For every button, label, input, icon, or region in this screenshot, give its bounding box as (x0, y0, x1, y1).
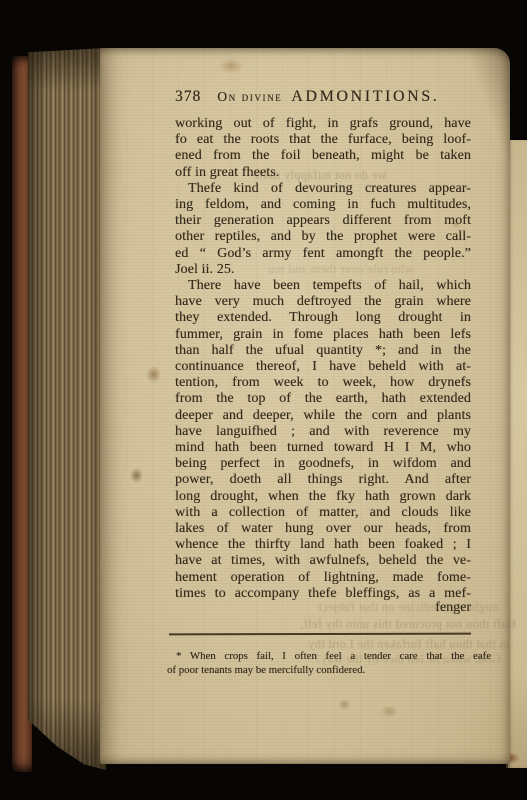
stain (218, 58, 244, 74)
text-line: have very much deftroyed the grain where (175, 294, 471, 310)
text-line: Thefe kind of devouring creatures appear… (175, 181, 471, 197)
show-through-line: Haft thou not procured this unto thy fel… (300, 617, 516, 632)
text-line: Joel ii. 25. (175, 262, 471, 278)
text-line: deeper and deeper, while the corn and pl… (175, 408, 471, 424)
text-line: working out of fight, in grafs ground, h… (175, 116, 471, 132)
text-line: with a collection of matter, and clouds … (175, 505, 471, 521)
text-line: continuance thereof, I have beheld with … (175, 359, 471, 375)
running-head-prefix: On divine (217, 89, 282, 105)
text-line: mind hath been turned toward H I M, who (175, 440, 471, 456)
text-line: have at times, with awfulnefs, beheld th… (175, 553, 471, 569)
text-line: ing feldom, and coming in fuch multitude… (175, 197, 471, 213)
page-number: 378 (175, 88, 201, 106)
catchword: fenger (175, 600, 471, 616)
text-line: other reptiles, and by the prophet were … (175, 229, 471, 245)
text-line: from the top of the earth, hath extended (175, 391, 471, 407)
text-line: ed “ God’s army fent amongft the people.… (175, 246, 471, 262)
text-line: their generation appears different from … (175, 213, 471, 229)
stain (146, 366, 161, 383)
running-head-title: ADMONITIONS. (291, 88, 439, 106)
text-line: hement operation of lightning, made fome… (175, 570, 471, 586)
text-line: than half the ufual quantity *; and in t… (175, 343, 471, 359)
text-line: power, doeth all things right. And after (175, 472, 471, 488)
text-line: ened from the foil beneath, might be tak… (175, 148, 471, 164)
text-line: have languifhed ; and with reverence my (175, 424, 471, 440)
text-line: fummer, grain in fome places hath been l… (175, 327, 471, 343)
body-text: working out of fight, in grafs ground, h… (175, 116, 471, 602)
text-line: long drought, when the fky hath grown da… (175, 489, 471, 505)
running-head: 378 On divine ADMONITIONS. (175, 88, 471, 106)
text-line: they extended. Through long drought in (175, 310, 471, 326)
stain (452, 220, 461, 229)
text-line: whence the thirfty land hath been foaked… (175, 537, 471, 553)
text-line: lakes of water hung over our heads, from (175, 521, 471, 537)
text-line: being perfect in goodnefs, in wifdom and (175, 456, 471, 472)
footnote: * When crops fail, I often feel a tender… (167, 650, 491, 677)
page-edge-stack (28, 48, 106, 770)
text-line: There have been tempefts of hail, which (175, 278, 471, 294)
footnote-line: * When crops fail, I often feel a tender… (167, 650, 491, 664)
stain (130, 468, 143, 483)
text-line: fo eat the roots that the furface, being… (175, 132, 471, 148)
text-line: off in great fheets. (175, 165, 471, 181)
photo-of-book-page: { "colors": { "background": "#070605", "… (0, 0, 527, 800)
text-line: tention, from week to week, how drynefs (175, 375, 471, 391)
stain (381, 705, 398, 718)
footnote-line: of poor tenants may be mercifully confid… (167, 664, 491, 678)
stain (338, 699, 351, 710)
